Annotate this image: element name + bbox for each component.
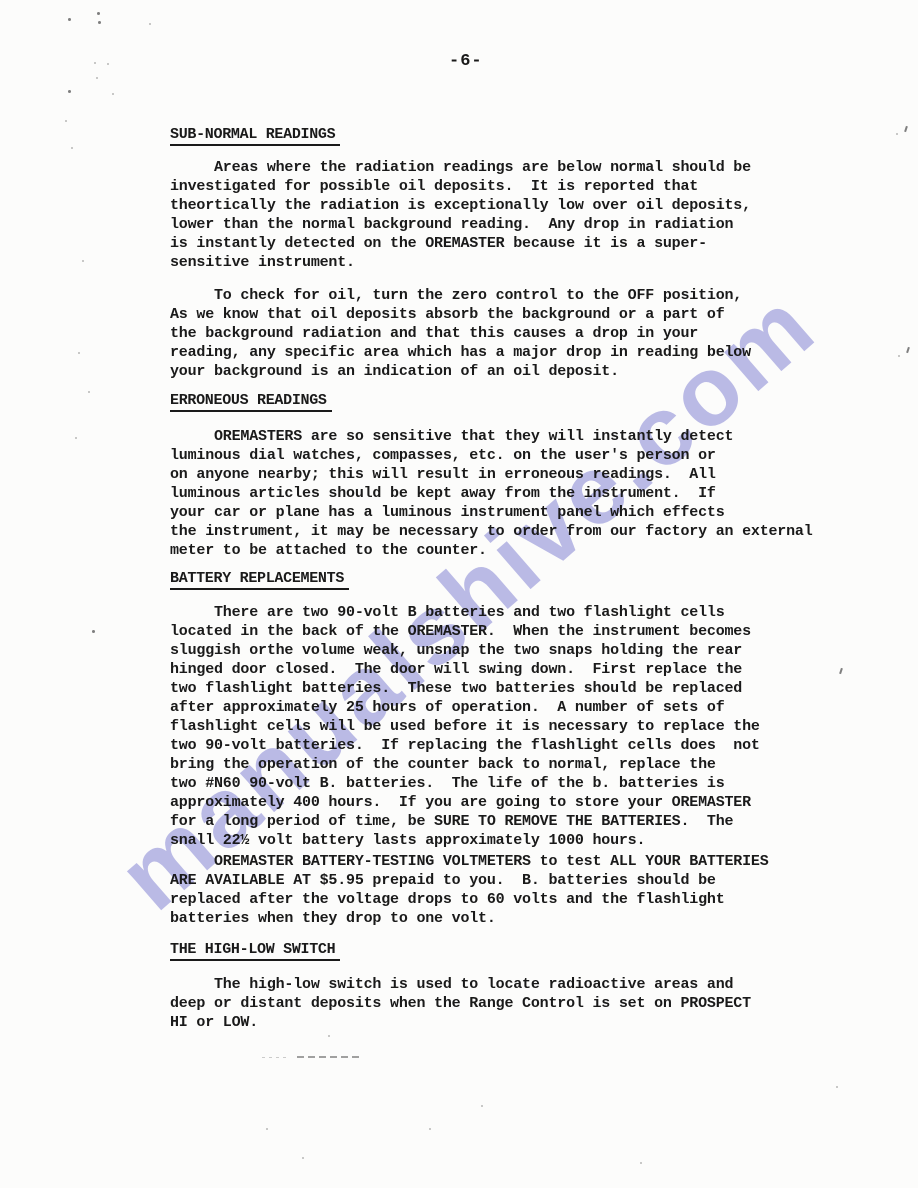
scan-speck: [68, 18, 71, 21]
scan-speck: [266, 1128, 268, 1130]
scanned-manual-page: manualshive.com -6- SUB-NORMAL READINGS …: [0, 0, 918, 1188]
scan-speck: [65, 120, 67, 122]
scan-speck: [898, 355, 900, 357]
paragraph-battery-1: There are two 90-volt B batteries and tw…: [170, 603, 760, 850]
scan-speck: [82, 260, 84, 262]
page-number: -6-: [449, 52, 483, 71]
scan-speck: [640, 1162, 642, 1164]
scan-speck: [107, 63, 109, 65]
scan-tick: [906, 347, 910, 353]
section-heading-sub-normal-readings: SUB-NORMAL READINGS: [170, 126, 340, 146]
paragraph-erroneous-1: OREMASTERS are so sensitive that they wi…: [170, 427, 813, 560]
scan-speck: [96, 77, 98, 79]
scan-speck: [92, 630, 95, 633]
scan-speck: [481, 1105, 483, 1107]
paragraph-battery-2: OREMASTER BATTERY-TESTING VOLTMETERS to …: [170, 852, 769, 928]
paragraph-high-low-1: The high-low switch is used to locate ra…: [170, 975, 751, 1032]
scan-speck: [429, 1128, 431, 1130]
scan-speck: [94, 62, 96, 64]
paragraph-sub-normal-1: Areas where the radiation readings are b…: [170, 158, 751, 272]
scan-speck: [836, 1086, 838, 1088]
scan-speck: [75, 437, 77, 439]
scan-speck: [302, 1157, 304, 1159]
section-heading-high-low-switch: THE HIGH-LOW SWITCH: [170, 941, 340, 961]
scan-speck: [896, 133, 898, 135]
section-heading-battery-replacements: BATTERY REPLACEMENTS: [170, 570, 349, 590]
section-heading-erroneous-readings: ERRONEOUS READINGS: [170, 392, 332, 412]
scan-speck: [149, 23, 151, 25]
scan-tick: [904, 126, 908, 132]
scan-speck: [68, 90, 71, 93]
paragraph-sub-normal-2: To check for oil, turn the zero control …: [170, 286, 751, 381]
scan-speck: [98, 21, 101, 24]
scan-speck: [97, 12, 100, 15]
scan-tick: [839, 668, 843, 674]
scan-speck: [112, 93, 114, 95]
scan-dash-artifact-faint: [262, 1057, 288, 1058]
scan-speck: [71, 147, 73, 149]
scan-speck: [78, 352, 80, 354]
scan-speck: [328, 1035, 330, 1037]
scan-speck: [88, 391, 90, 393]
scan-dash-artifact: [297, 1056, 361, 1058]
